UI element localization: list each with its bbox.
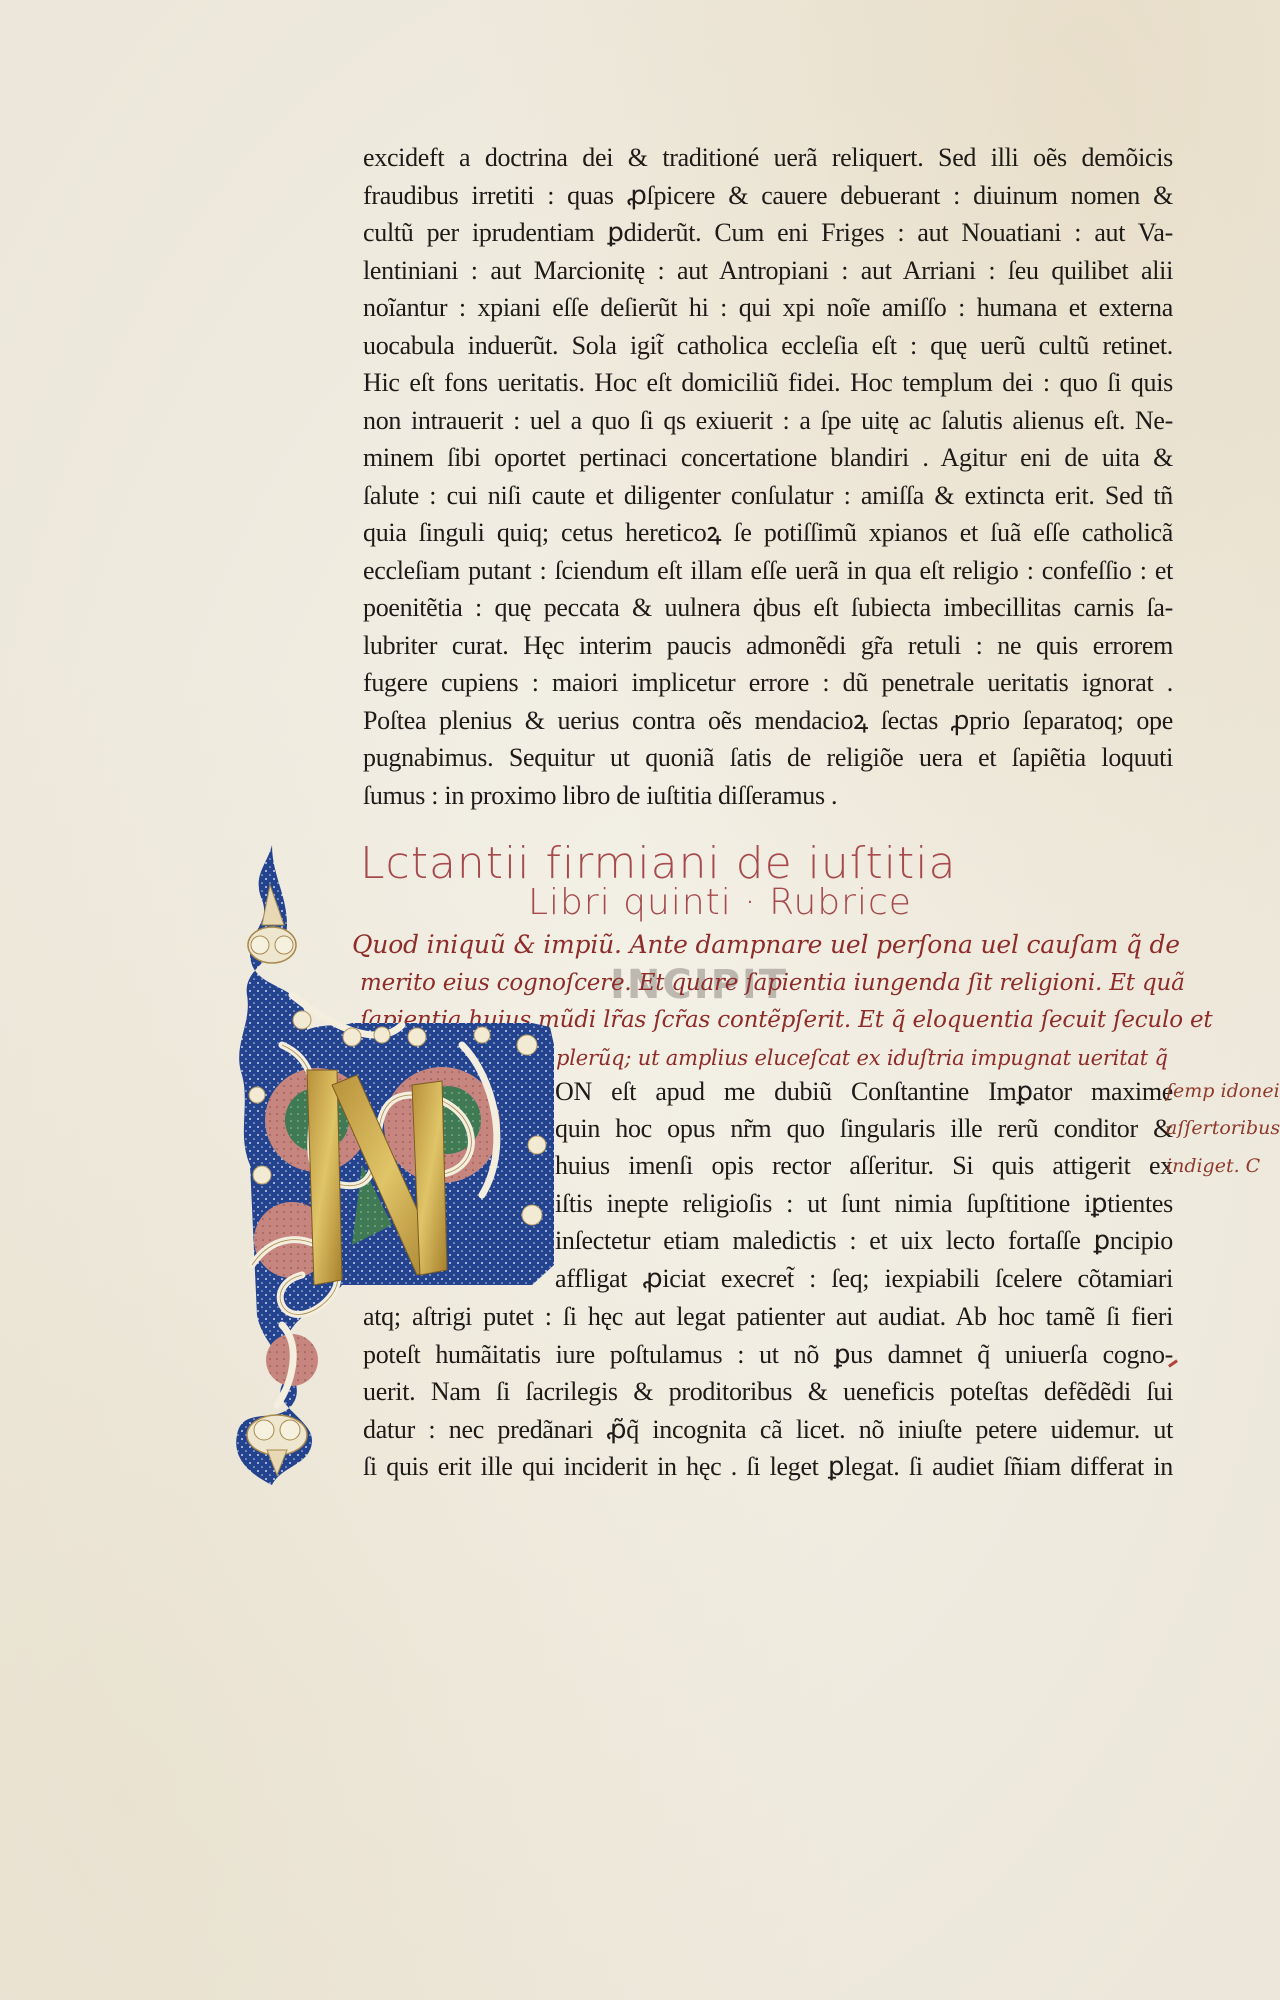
text-line: affligat ꝓiciat execret̃ : ſeq; iexpiabi… — [555, 1264, 1173, 1294]
text-line: ſumus : in proximo libro de iuſtitia diſ… — [363, 781, 837, 811]
text-line: atq; aſtrigi putet : ſi hęc aut legat pa… — [363, 1302, 1173, 1332]
rubric-title-line2: Libri quinti · Rubrice — [528, 882, 912, 923]
manuscript-page: excideft a doctrina dei & traditioné uer… — [0, 0, 1280, 2000]
text-line: ſi quis erit ille qui inciderit in hęc .… — [363, 1452, 1173, 1482]
text-line: uocabula induerũt. Sola igit̃ catholica … — [363, 331, 1173, 361]
text-line: lentiniani : aut Marcionitę : aut Antrop… — [363, 256, 1173, 286]
rubric-line: plerũq; ut amplius eluceſcat ex iduſtria… — [556, 1043, 1168, 1073]
text-line: non intrauerit : uel a quo ſi qs exiueri… — [363, 406, 1173, 436]
text-line: fugere cupiens : maiori implicetur error… — [363, 668, 1173, 698]
text-line: excideft a doctrina dei & traditioné uer… — [363, 143, 1173, 173]
text-line: lubriter curat. Hęc interim paucis admon… — [363, 631, 1173, 661]
text-line: huius imenſi opis rector aſſeritur. Si q… — [555, 1151, 1173, 1181]
text-line: uerit. Nam ſi ſacrilegis & proditoribus … — [363, 1377, 1173, 1407]
text-line: inſectetur etiam maledictis : et uix lec… — [555, 1226, 1173, 1256]
text-line: quia ſinguli quiq; cetus hereticoꝝ ſe po… — [363, 518, 1173, 548]
text-line: Poſtea plenius & uerius contra oẽs menda… — [363, 706, 1173, 736]
text-line: pugnabimus. Sequitur ut quoniã ſatis de … — [363, 743, 1173, 773]
text-line: ſalute : cui niſi caute et diligenter co… — [363, 481, 1173, 511]
text-line: poteſt humãitatis iure poſtulamus : ut n… — [363, 1340, 1173, 1370]
text-line: quin hoc opus nr̃m quo ſingularis ille r… — [555, 1114, 1173, 1144]
text-line: fraudibus irretiti : quas ꝓſpicere & cau… — [363, 181, 1173, 211]
text-line: minem ſibi oportet pertinaci concertatio… — [363, 443, 1173, 473]
text-line: cultũ per iprudentiam ꝑdiderũt. Cum eni … — [363, 218, 1173, 248]
text-line: ON eſt apud me dubiũ Conſtantine Imꝑator… — [555, 1077, 1173, 1107]
text-line: datur : nec predãnari ꝓ̃q̃ incognita cã … — [363, 1415, 1173, 1445]
margin-note: ſemp idonei — [1166, 1080, 1280, 1102]
text-line: Hic eſt fons ueritatis. Hoc eſt domicili… — [363, 368, 1173, 398]
margin-note: indiget. C — [1166, 1155, 1260, 1177]
text-line: noĩantur : xpiani eſſe deſierũt hi : qui… — [363, 293, 1173, 323]
margin-note: aſſertoribus — [1166, 1117, 1280, 1139]
text-line: eccleſiam putant : ſciendum eſt illam eſ… — [363, 556, 1173, 586]
text-line: poenitẽtia : quę peccata & uulnera q̇bus… — [363, 593, 1173, 623]
text-line: iſtis inepte religioſis : ut ſunt nimia … — [555, 1189, 1173, 1219]
